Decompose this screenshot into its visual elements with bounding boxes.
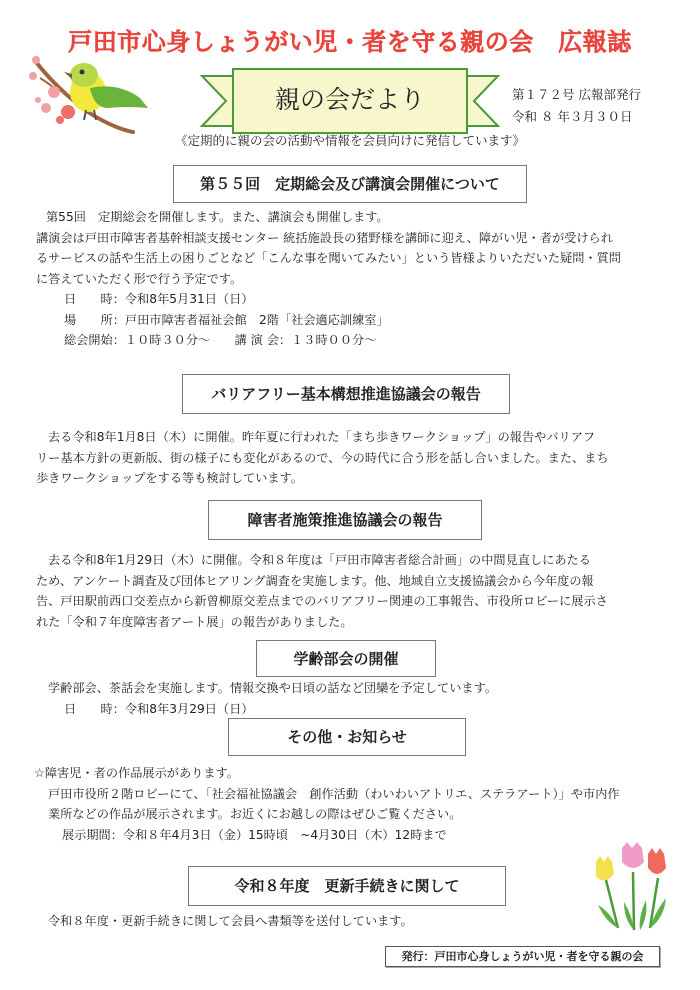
text-line: に答えていただく形で行う予定です。 (36, 269, 621, 290)
text-line: 講演会は戸田市障害者基幹相談支援センター 統括施設長の猪野様を講師に迎え、障がい… (36, 228, 621, 249)
text-line: 戸田市役所２階ロビーにて、「社会福祉協議会 創作活動（わいわいアトリエ、ステラア… (34, 784, 620, 805)
bird-on-plum-branch-icon (28, 50, 158, 135)
text-line: 去る令和8年1月8日（木）に開催。昨年夏に行われた「まち歩きワークショップ」の報… (36, 427, 609, 448)
tulips-icon (588, 840, 678, 935)
section-body-notices: ☆障害児・者の作品展示があります。 戸田市役所２階ロビーにて、「社会福祉協議会 … (34, 763, 620, 845)
section-heading-disability-policy: 障害者施策推進協議会の報告 (208, 500, 482, 540)
event-place: 場 所：戸田市障害者福祉会館 2階「社会適応訓練室」 (36, 310, 621, 331)
event-date: 日 時：令和8年5月31日（日） (36, 289, 621, 310)
text-line: 業所などの作品が展示されます。お近くにお越しの際はぜひご覧ください。 (34, 804, 620, 825)
section-heading-notices: その他・お知らせ (228, 718, 466, 756)
section-body-barrier-free: 去る令和8年1月8日（木）に開催。昨年夏に行われた「まち歩きワークショップ」の報… (36, 427, 609, 489)
event-date: 日 時：令和8年3月29日（日） (48, 699, 497, 720)
text-line: 告、戸田駅前西口交差点から新曽柳原交差点までのバリアフリー関連の工事報告、市役所… (36, 591, 608, 612)
section-body-disability-policy: 去る令和8年1月29日（木）に開催。令和８年度は「戸田市障害者総合計画」の中間見… (36, 550, 608, 632)
text-line: ☆障害児・者の作品展示があります。 (34, 763, 620, 784)
text-line: るサービスの話や生活上の困りごとなど「こんな事を聞いてみたい」という皆様よりいた… (36, 248, 621, 269)
issue-number: 第１７２号 広報部発行 (512, 84, 641, 106)
issue-date: 令和 ８ 年３月３０日 (512, 106, 641, 128)
tagline: 《定期的に親の会の活動や情報を会員向けに発信しています》 (0, 131, 700, 149)
section-body-general-meeting: 第55回 定期総会を開催します。また、講演会も開催します。 講演会は戸田市障害者… (36, 207, 621, 351)
section-body-school-age: 学齢部会、茶話会を実施します。情報交換や日頃の話など団欒を予定しています。 日 … (48, 678, 497, 719)
event-times: 総会開始：１０時３０分～ 講 演 会：１３時００分～ (36, 330, 621, 351)
text-line: 歩きワークショップをする等も検討しています。 (36, 468, 609, 489)
text-line: 去る令和8年1月29日（木）に開催。令和８年度は「戸田市障害者総合計画」の中間見… (36, 550, 608, 571)
publisher-footer: 発行：戸田市心身しょうがい児・者を守る親の会 (385, 946, 660, 967)
text-line: 学齢部会、茶話会を実施します。情報交換や日頃の話など団欒を予定しています。 (48, 678, 497, 699)
exhibit-period: 展示期間：令和８年4月3日（金）15時頃 ~4月30日（木）12時まで (34, 825, 620, 846)
text-line: ため、アンケート調査及び団体ヒアリング調査を実施します。他、地域自立支援協議会か… (36, 571, 608, 592)
newsletter-title: 親の会だより (230, 80, 470, 116)
section-heading-renewal: 令和８年度 更新手続きに関して (188, 866, 506, 906)
text-line: 令和８年度・更新手続きに関して会員へ書類等を送付しています。 (48, 911, 413, 932)
issue-info: 第１７２号 広報部発行 令和 ８ 年３月３０日 (512, 84, 641, 128)
text-line: 第55回 定期総会を開催します。また、講演会も開催します。 (36, 207, 621, 228)
section-heading-school-age: 学齢部会の開催 (256, 640, 436, 677)
text-line: れた「令和７年度障害者アート展」の報告がありました。 (36, 612, 608, 633)
section-heading-general-meeting: 第５５回 定期総会及び講演会開催について (173, 165, 527, 203)
section-heading-barrier-free: バリアフリー基本構想推進協議会の報告 (182, 374, 510, 414)
section-body-renewal: 令和８年度・更新手続きに関して会員へ書類等を送付しています。 (48, 911, 413, 932)
text-line: リー基本方針の更新版、街の様子にも変化があるので、今の時代に合う形を話し合いまし… (36, 448, 609, 469)
